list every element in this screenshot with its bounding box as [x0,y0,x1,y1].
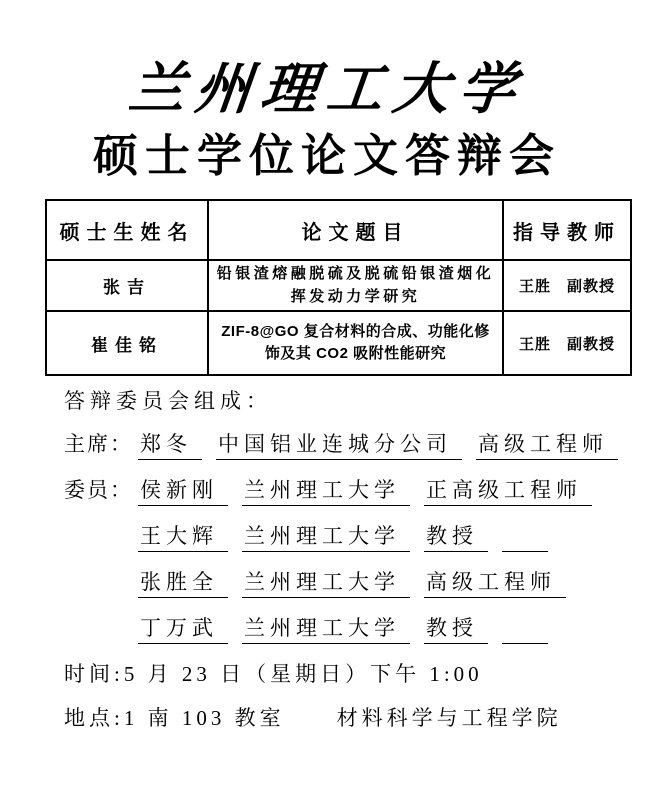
member-title: 教授 [424,615,488,644]
committee-chair-line: 主席： 郑冬 中国铝业连城分公司 高级工程师 [64,431,654,460]
member-organization: 兰州理工大学 [242,477,410,506]
table-header-student-name: 硕士生姓名 [46,200,208,260]
time-line: 时间:5 月 23 日（星期日）下午 1:00 [64,661,654,687]
place-line: 地点:1 南 103 教室材料科学与工程学院 [64,705,654,731]
committee-section: 答辩委员会组成： 主席： 郑冬 中国铝业连城分公司 高级工程师 委员： 侯新刚 … [64,388,654,644]
student-name-cell: 崔佳铭 [46,311,208,375]
time-label: 时间: [64,662,124,686]
member-name: 丁万武 [138,615,228,644]
committee-heading: 答辩委员会组成： [64,388,654,414]
student-row: 崔佳铭 ZIF-8@GO 复合材料的合成、功能化修饰及其 CO2 吸附性能研究 … [46,311,631,375]
member-name: 张胜全 [138,569,228,598]
member-organization: 兰州理工大学 [242,615,410,644]
table-header-row: 硕士生姓名 论文题目 指导教师 [46,200,631,260]
advisor-cell: 王胜 副教授 [503,311,631,375]
place-value: 1 南 103 教室 [124,706,285,730]
table-header-advisor: 指导教师 [503,200,631,260]
committee-member-line: 张胜全 兰州理工大学 高级工程师 [64,569,654,598]
defense-table: 硕士生姓名 论文题目 指导教师 张吉 铅银渣熔融脱硫及脱硫铅银渣烟化挥发动力学研… [45,199,632,376]
advisor-cell: 王胜 副教授 [503,260,631,311]
thesis-title-cell: ZIF-8@GO 复合材料的合成、功能化修饰及其 CO2 吸附性能研究 [208,311,503,375]
role-label: 委员： [64,477,138,503]
member-name: 侯新刚 [138,477,228,506]
time-value: 5 月 23 日（星期日）下午 1:00 [124,662,483,686]
member-title: 高级工程师 [424,569,566,598]
underline-tail [502,615,548,644]
student-row: 张吉 铅银渣熔融脱硫及脱硫铅银渣烟化挥发动力学研究 王胜 副教授 [46,260,631,311]
committee-member-line: 丁万武 兰州理工大学 教授 [64,615,654,644]
table-header-thesis-title: 论文题目 [208,200,503,260]
role-label: 主席： [64,431,138,457]
member-name: 郑冬 [138,431,202,460]
member-title: 教授 [424,523,488,552]
college-name: 材料科学与工程学院 [337,706,562,730]
underline-tail [502,523,548,552]
page-title: 硕士学位论文答辩会 [0,129,654,183]
document-page: 兰州理工大学 硕士学位论文答辩会 硕士生姓名 论文题目 指导教师 张吉 铅银渣熔… [0,0,654,785]
member-organization: 兰州理工大学 [242,569,410,598]
member-name: 王大辉 [138,523,228,552]
place-label: 地点: [64,706,124,730]
committee-member-line: 王大辉 兰州理工大学 教授 [64,523,654,552]
thesis-title-cell: 铅银渣熔融脱硫及脱硫铅银渣烟化挥发动力学研究 [208,260,503,311]
member-title: 高级工程师 [476,431,618,460]
student-name-cell: 张吉 [46,260,208,311]
university-logo-calligraphy: 兰州理工大学 [0,56,654,123]
member-organization: 中国铝业连城分公司 [216,431,462,460]
member-organization: 兰州理工大学 [242,523,410,552]
committee-member-line: 委员： 侯新刚 兰州理工大学 正高级工程师 [64,477,654,506]
member-title: 正高级工程师 [424,477,592,506]
